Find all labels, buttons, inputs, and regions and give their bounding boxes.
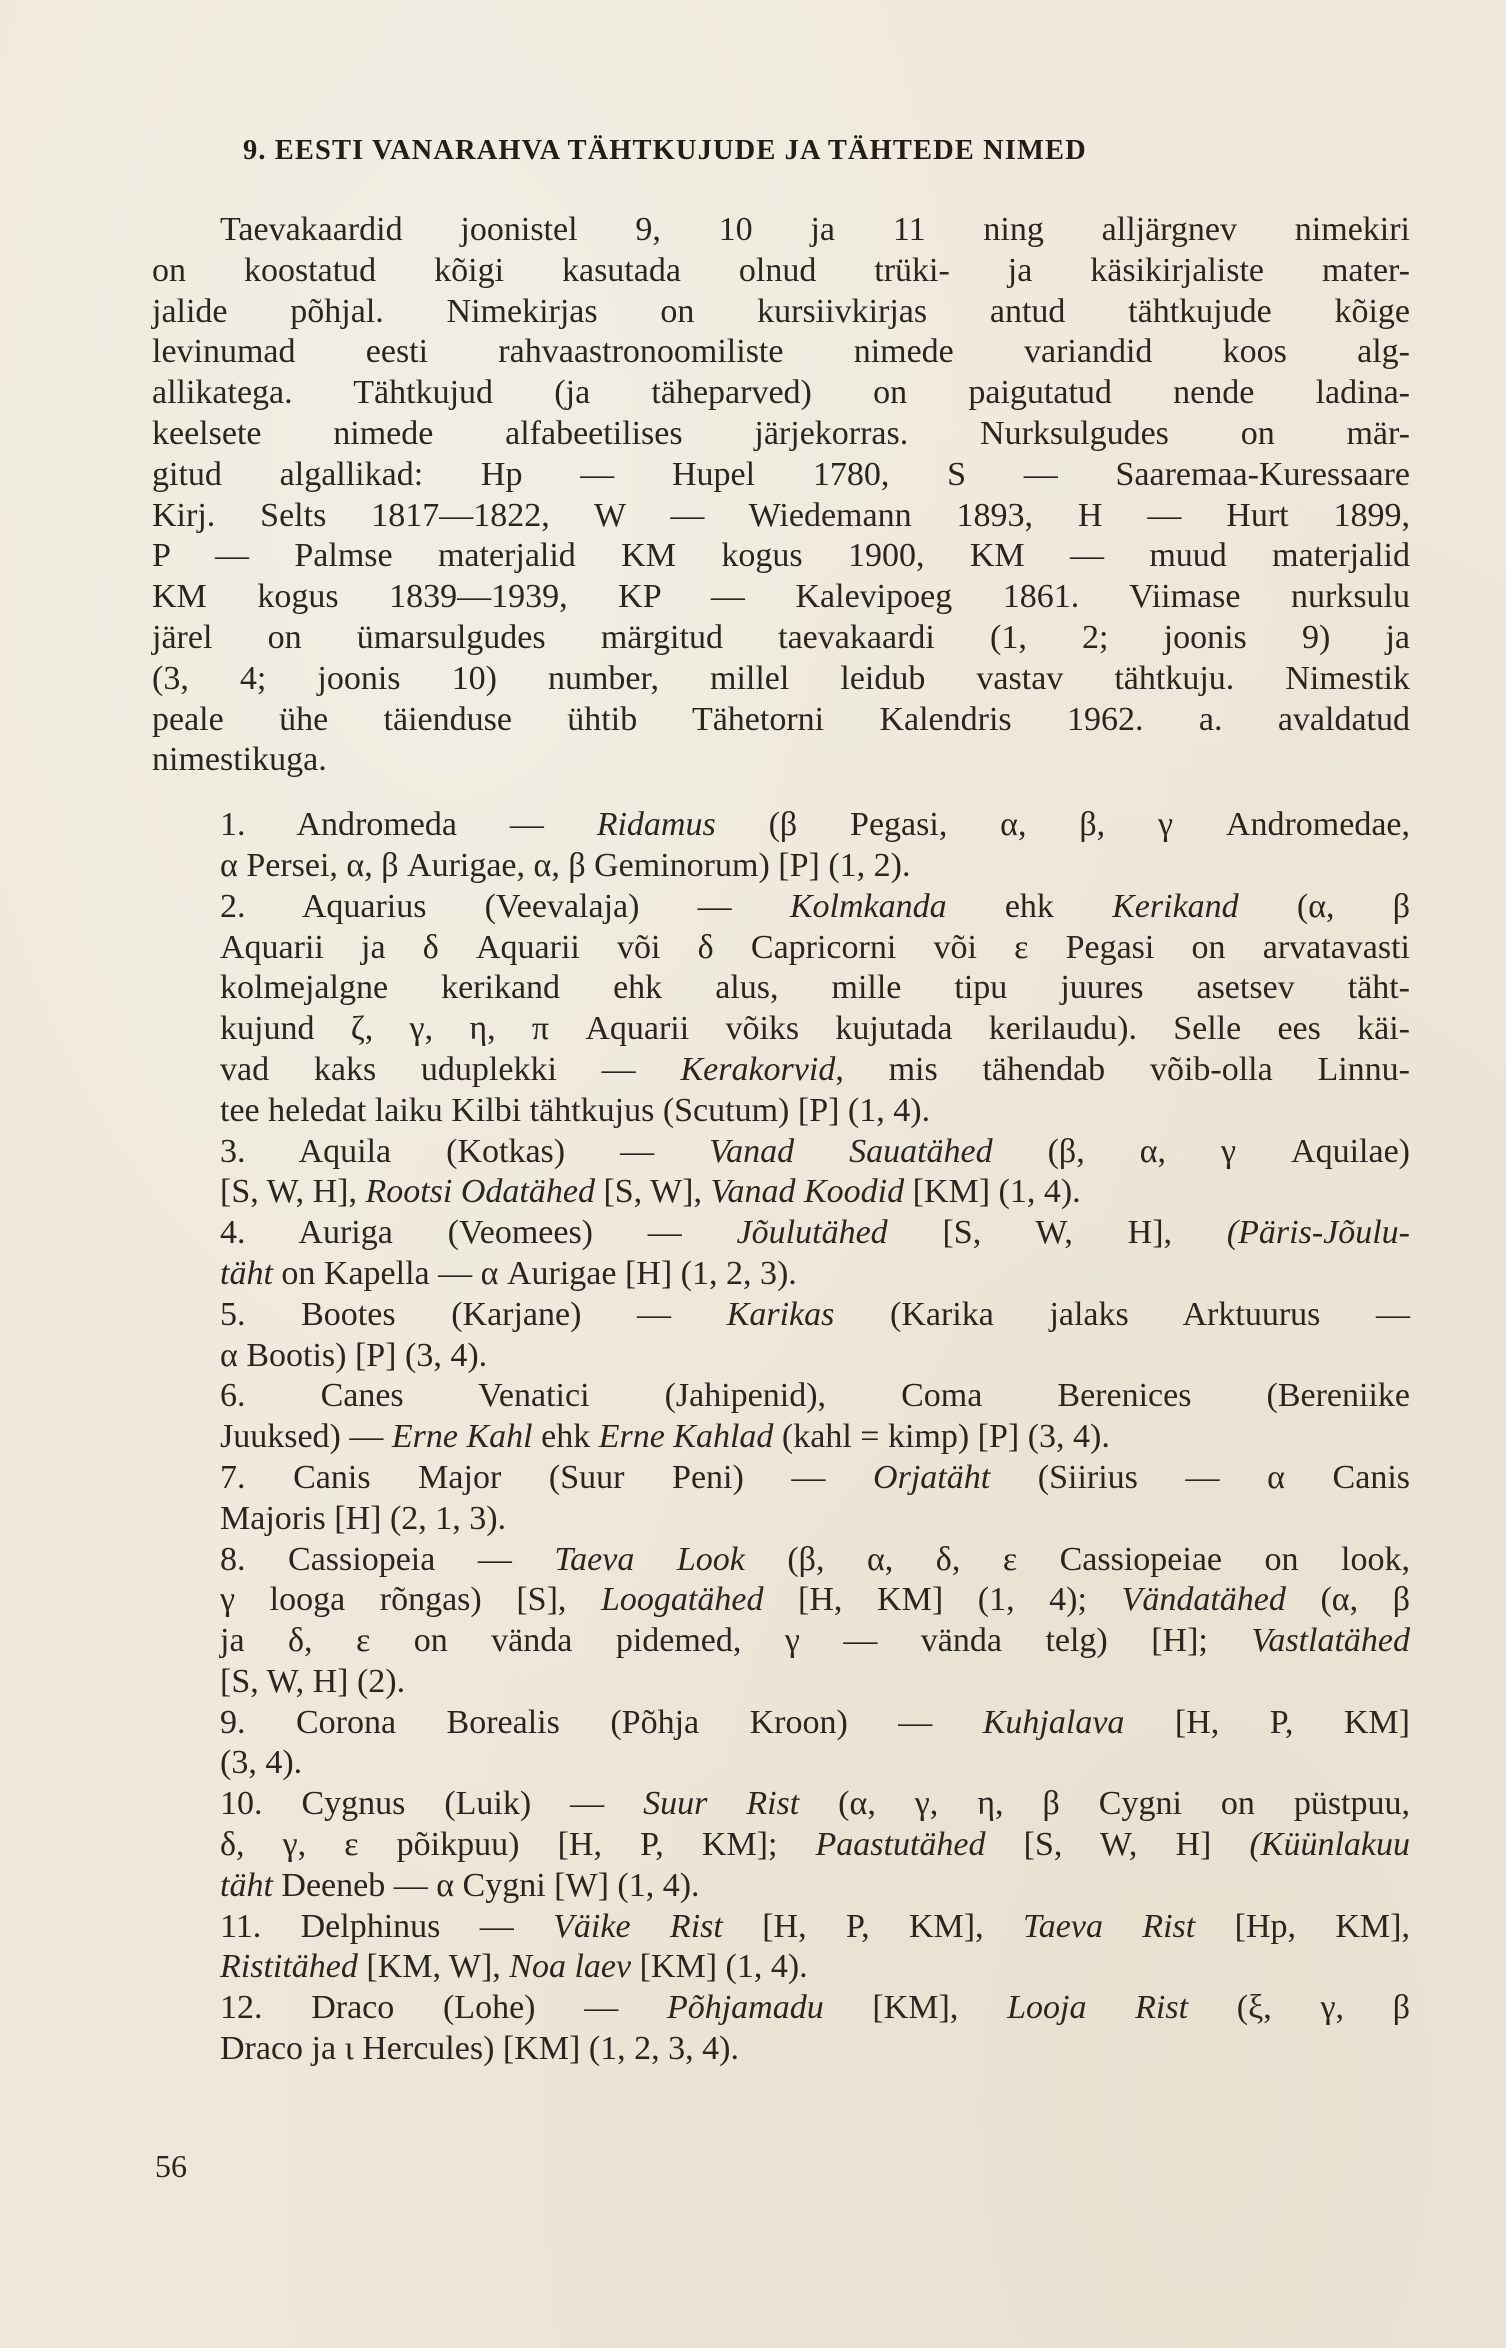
folk-name: Paastutähed bbox=[816, 1826, 986, 1863]
text-run: ehk bbox=[947, 888, 1113, 925]
text-run: , mis tähendab võib-olla Linnu- bbox=[835, 1051, 1410, 1088]
text-line: Draco ja ι Hercules) [KM] (1, 2, 3, 4). bbox=[152, 2029, 1410, 2070]
text-line: (3, 4). bbox=[152, 1743, 1410, 1784]
text-run: (β, α, γ Aquilae) bbox=[993, 1133, 1410, 1170]
text-run: 1. Andromeda — bbox=[220, 806, 597, 843]
constellation-entry: 5. Bootes (Karjane) — Karikas (Karika ja… bbox=[152, 1295, 1410, 1377]
text-run: ja δ, ε on vända pidemed, γ — vända telg… bbox=[220, 1622, 1251, 1659]
text-run: δ, γ, ε põikpuu) [H, P, KM]; bbox=[220, 1826, 816, 1863]
text-run: [S, W, H], bbox=[888, 1214, 1227, 1251]
page-number: 56 bbox=[155, 2148, 187, 2185]
text-line: 12. Draco (Lohe) — Põhjamadu [KM], Looja… bbox=[152, 1988, 1410, 2029]
text-line: KM kogus 1839—1939, KP — Kalevipoeg 1861… bbox=[152, 577, 1410, 618]
folk-name: Kerikand bbox=[1112, 888, 1239, 925]
folk-name: Ristitähed bbox=[220, 1948, 358, 1985]
text-run: [S, W], bbox=[595, 1173, 711, 1210]
folk-name: täht bbox=[220, 1867, 273, 1904]
text-run: [H, P, KM] bbox=[1124, 1704, 1410, 1741]
text-run: [KM], bbox=[824, 1989, 1007, 2026]
text-line: 3. Aquila (Kotkas) — Vanad Sauatähed (β,… bbox=[152, 1132, 1410, 1173]
folk-name: Väike Rist bbox=[553, 1908, 723, 1945]
text-line: Ristitähed [KM, W], Noa laev [KM] (1, 4)… bbox=[152, 1947, 1410, 1988]
text-run: Draco ja ι Hercules) [KM] (1, 2, 3, 4). bbox=[220, 2030, 739, 2067]
folk-name: Jõulutähed bbox=[737, 1214, 888, 1251]
text-run: 10. Cygnus (Luik) — bbox=[220, 1785, 643, 1822]
text-run: Deeneb — α Cygni [W] (1, 4). bbox=[273, 1867, 700, 1904]
text-run: 7. Canis Major (Suur Peni) — bbox=[220, 1459, 873, 1496]
folk-name: Taeva Rist bbox=[1023, 1908, 1195, 1945]
text-line: on koostatud kõigi kasutada olnud trüki-… bbox=[152, 251, 1410, 292]
text-line: täht on Kapella — α Aurigae [H] (1, 2, 3… bbox=[152, 1254, 1410, 1295]
text-line: 4. Auriga (Veomees) — Jõulutähed [S, W, … bbox=[152, 1213, 1410, 1254]
text-line: (3, 4; joonis 10) number, millel leidub … bbox=[152, 659, 1410, 700]
text-line: Juuksed) — Erne Kahl ehk Erne Kahlad (ka… bbox=[152, 1417, 1410, 1458]
text-line: 5. Bootes (Karjane) — Karikas (Karika ja… bbox=[152, 1295, 1410, 1336]
folk-name: (Päris-Jõulu- bbox=[1227, 1214, 1410, 1251]
text-run: vad kaks uduplekki — bbox=[220, 1051, 680, 1088]
constellation-entry: 6. Canes Venatici (Jahipenid), Coma Bere… bbox=[152, 1376, 1410, 1458]
text-run: γ looga rõngas) [S], bbox=[220, 1581, 601, 1618]
folk-name: Kerakorvid bbox=[680, 1051, 835, 1088]
text-run: 4. Auriga (Veomees) — bbox=[220, 1214, 737, 1251]
folk-name: Erne Kahl bbox=[392, 1418, 533, 1455]
text-line: α Persei, α, β Aurigae, α, β Geminorum) … bbox=[152, 846, 1410, 887]
folk-name: Vanad Sauatähed bbox=[709, 1133, 993, 1170]
folk-name: Erne Kahlad bbox=[599, 1418, 774, 1455]
text-line: levinumad eesti rahvaastronoomiliste nim… bbox=[152, 332, 1410, 373]
text-run: kujund ζ, γ, η, π Aquarii võiks kujutada… bbox=[220, 1010, 1410, 1047]
text-line: 8. Cassiopeia — Taeva Look (β, α, δ, ε C… bbox=[152, 1540, 1410, 1581]
text-run: 2. Aquarius (Veevalaja) — bbox=[220, 888, 790, 925]
text-line: Kirj. Selts 1817—1822, W — Wiedemann 189… bbox=[152, 496, 1410, 537]
folk-name: Noa laev bbox=[509, 1948, 631, 1985]
text-run: on Kapella — α Aurigae [H] (1, 2, 3). bbox=[273, 1255, 797, 1292]
text-run: [H, P, KM], bbox=[723, 1908, 1023, 1945]
text-line: 11. Delphinus — Väike Rist [H, P, KM], T… bbox=[152, 1907, 1410, 1948]
text-run: [H, KM] (1, 4); bbox=[763, 1581, 1121, 1618]
text-run: 5. Bootes (Karjane) — bbox=[220, 1296, 727, 1333]
text-line: gitud algallikad: Hp — Hupel 1780, S — S… bbox=[152, 455, 1410, 496]
text-run: (Siirius — α Canis bbox=[990, 1459, 1410, 1496]
text-line: nimestikuga. bbox=[152, 740, 1410, 781]
text-run: [Hp, KM], bbox=[1195, 1908, 1410, 1945]
text-run: (α, β bbox=[1286, 1581, 1410, 1618]
text-run: (β Pegasi, α, β, γ Andromedae, bbox=[716, 806, 1410, 843]
text-line: α Bootis) [P] (3, 4). bbox=[152, 1336, 1410, 1377]
text-run: (kahl = kimp) [P] (3, 4). bbox=[773, 1418, 1109, 1455]
text-run: (α, γ, η, β Cygni on püstpuu, bbox=[799, 1785, 1410, 1822]
text-run: [KM] (1, 4). bbox=[904, 1173, 1081, 1210]
folk-name: Karikas bbox=[727, 1296, 835, 1333]
text-line: järel on ümarsulgudes märgitud taevakaar… bbox=[152, 618, 1410, 659]
text-line: δ, γ, ε põikpuu) [H, P, KM]; Paastutähed… bbox=[152, 1825, 1410, 1866]
constellation-list: 1. Andromeda — Ridamus (β Pegasi, α, β, … bbox=[152, 805, 1410, 2070]
text-run: [S, W, H] (2). bbox=[220, 1663, 405, 1700]
text-line: keelsete nimede alfabeetilises järjekorr… bbox=[152, 414, 1410, 455]
text-run: Majoris [H] (2, 1, 3). bbox=[220, 1500, 506, 1537]
text-line: tee heledat laiku Kilbi tähtkujus (Scutu… bbox=[152, 1091, 1410, 1132]
text-line: allikatega. Tähtkujud (ja täheparved) on… bbox=[152, 373, 1410, 414]
text-run: [KM, W], bbox=[358, 1948, 509, 1985]
folk-name: täht bbox=[220, 1255, 273, 1292]
text-run: α Persei, α, β Aurigae, α, β Geminorum) … bbox=[220, 847, 910, 884]
folk-name: Looja Rist bbox=[1007, 1989, 1188, 2026]
folk-name: Vändatähed bbox=[1122, 1581, 1286, 1618]
text-column: Taevakaardid joonistel 9, 10 ja 11 ning … bbox=[152, 210, 1410, 2070]
text-line: 9. Corona Borealis (Põhja Kroon) — Kuhja… bbox=[152, 1703, 1410, 1744]
constellation-entry: 1. Andromeda — Ridamus (β Pegasi, α, β, … bbox=[152, 805, 1410, 887]
constellation-entry: 7. Canis Major (Suur Peni) — Orjatäht (S… bbox=[152, 1458, 1410, 1540]
folk-name: Kuhjalava bbox=[983, 1704, 1125, 1741]
text-run: 6. Canes Venatici (Jahipenid), Coma Bere… bbox=[220, 1377, 1410, 1414]
folk-name: Orjatäht bbox=[873, 1459, 990, 1496]
text-run: [KM] (1, 4). bbox=[631, 1948, 808, 1985]
section-title: 9. EESTI VANARAHVA TÄHTKUJUDE JA TÄHTEDE… bbox=[243, 135, 1323, 167]
folk-name: (Küünlakuu bbox=[1249, 1826, 1410, 1863]
folk-name: Taeva Look bbox=[554, 1541, 744, 1578]
text-run: 3. Aquila (Kotkas) — bbox=[220, 1133, 709, 1170]
text-line: 7. Canis Major (Suur Peni) — Orjatäht (S… bbox=[152, 1458, 1410, 1499]
text-line: 2. Aquarius (Veevalaja) — Kolmkanda ehk … bbox=[152, 887, 1410, 928]
text-run: (β, α, δ, ε Cassiopeiae on look, bbox=[745, 1541, 1410, 1578]
text-line: 6. Canes Venatici (Jahipenid), Coma Bere… bbox=[152, 1376, 1410, 1417]
text-run: [S, W, H], bbox=[220, 1173, 365, 1210]
text-line: ja δ, ε on vända pidemed, γ — vända telg… bbox=[152, 1621, 1410, 1662]
constellation-entry: 12. Draco (Lohe) — Põhjamadu [KM], Looja… bbox=[152, 1988, 1410, 2070]
constellation-entry: 2. Aquarius (Veevalaja) — Kolmkanda ehk … bbox=[152, 887, 1410, 1132]
text-run: (Karika jalaks Arktuurus — bbox=[834, 1296, 1410, 1333]
text-run: Juuksed) — bbox=[220, 1418, 392, 1455]
text-run: (3, 4). bbox=[220, 1744, 302, 1781]
text-line: [S, W, H] (2). bbox=[152, 1662, 1410, 1703]
text-line: kujund ζ, γ, η, π Aquarii võiks kujutada… bbox=[152, 1009, 1410, 1050]
text-run: 11. Delphinus — bbox=[220, 1908, 553, 1945]
text-run: 9. Corona Borealis (Põhja Kroon) — bbox=[220, 1704, 983, 1741]
text-run: Aquarii ja δ Aquarii või δ Capricorni võ… bbox=[220, 929, 1410, 966]
text-line: Aquarii ja δ Aquarii või δ Capricorni võ… bbox=[152, 928, 1410, 969]
folk-name: Vanad Koodid bbox=[710, 1173, 904, 1210]
intro-paragraph: Taevakaardid joonistel 9, 10 ja 11 ning … bbox=[152, 210, 1410, 781]
book-page: 9. EESTI VANARAHVA TÄHTKUJUDE JA TÄHTEDE… bbox=[0, 0, 1506, 2348]
text-run: 12. Draco (Lohe) — bbox=[220, 1989, 667, 2026]
folk-name: Suur Rist bbox=[643, 1785, 799, 1822]
text-line: Taevakaardid joonistel 9, 10 ja 11 ning … bbox=[152, 210, 1410, 251]
text-line: täht Deeneb — α Cygni [W] (1, 4). bbox=[152, 1866, 1410, 1907]
text-line: [S, W, H], Rootsi Odatähed [S, W], Vanad… bbox=[152, 1172, 1410, 1213]
constellation-entry: 4. Auriga (Veomees) — Jõulutähed [S, W, … bbox=[152, 1213, 1410, 1295]
text-line: P — Palmse materjalid KM kogus 1900, KM … bbox=[152, 536, 1410, 577]
text-run: [S, W, H] bbox=[986, 1826, 1250, 1863]
text-line: Majoris [H] (2, 1, 3). bbox=[152, 1499, 1410, 1540]
text-line: peale ühe täienduse ühtib Tähetorni Kale… bbox=[152, 700, 1410, 741]
constellation-entry: 9. Corona Borealis (Põhja Kroon) — Kuhja… bbox=[152, 1703, 1410, 1785]
constellation-entry: 3. Aquila (Kotkas) — Vanad Sauatähed (β,… bbox=[152, 1132, 1410, 1214]
text-run: (α, β bbox=[1239, 888, 1410, 925]
folk-name: Põhjamadu bbox=[667, 1989, 824, 2026]
constellation-entry: 11. Delphinus — Väike Rist [H, P, KM], T… bbox=[152, 1907, 1410, 1989]
constellation-entry: 10. Cygnus (Luik) — Suur Rist (α, γ, η, … bbox=[152, 1784, 1410, 1906]
text-run: (ξ, γ, β bbox=[1188, 1989, 1410, 2026]
text-line: vad kaks uduplekki — Kerakorvid, mis täh… bbox=[152, 1050, 1410, 1091]
constellation-entry: 8. Cassiopeia — Taeva Look (β, α, δ, ε C… bbox=[152, 1540, 1410, 1703]
folk-name: Kolmkanda bbox=[790, 888, 947, 925]
text-line: jalide põhjal. Nimekirjas on kursiivkirj… bbox=[152, 292, 1410, 333]
text-line: 1. Andromeda — Ridamus (β Pegasi, α, β, … bbox=[152, 805, 1410, 846]
text-line: γ looga rõngas) [S], Loogatähed [H, KM] … bbox=[152, 1580, 1410, 1621]
folk-name: Rootsi Odatähed bbox=[365, 1173, 594, 1210]
folk-name: Loogatähed bbox=[601, 1581, 763, 1618]
text-line: kolmejalgne kerikand ehk alus, mille tip… bbox=[152, 968, 1410, 1009]
text-run: α Bootis) [P] (3, 4). bbox=[220, 1337, 487, 1374]
text-run: kolmejalgne kerikand ehk alus, mille tip… bbox=[220, 969, 1410, 1006]
folk-name: Ridamus bbox=[597, 806, 716, 843]
folk-name: Vastlatähed bbox=[1251, 1622, 1410, 1659]
text-line: 10. Cygnus (Luik) — Suur Rist (α, γ, η, … bbox=[152, 1784, 1410, 1825]
text-run: ehk bbox=[533, 1418, 599, 1455]
text-run: tee heledat laiku Kilbi tähtkujus (Scutu… bbox=[220, 1092, 930, 1129]
text-run: 8. Cassiopeia — bbox=[220, 1541, 554, 1578]
